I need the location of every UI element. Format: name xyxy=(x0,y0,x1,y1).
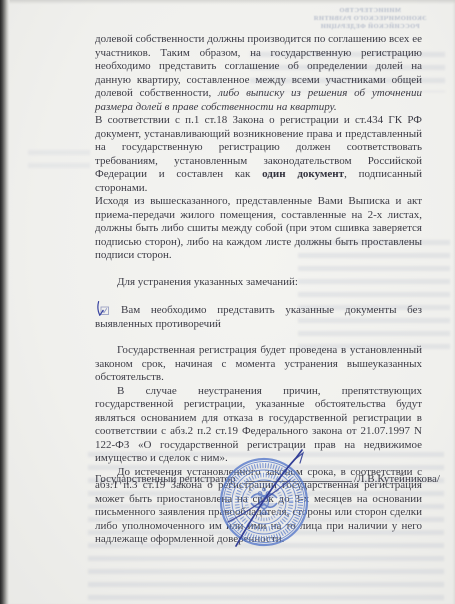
paragraph-stitching-requirement: Исходя из вышесказанного, представленные… xyxy=(95,195,422,263)
registrar-name: /Л.В.Кутейникова/ xyxy=(354,473,440,485)
bleed-through-line: МИНИСТЕРСТВО xyxy=(296,7,444,15)
bleed-through-header: МИНИСТЕРСТВО ЭКОНОМИЧЕСКОГО РАЗВИТИЯ РОС… xyxy=(296,7,444,31)
remedy-item: Вам необходимо представить указанные док… xyxy=(95,301,422,331)
paragraph-share-agreement: долевой собственности должны производитс… xyxy=(95,33,422,114)
scanned-document-page: МИНИСТЕРСТВО ЭКОНОМИЧЕСКОГО РАЗВИТИЯ РОС… xyxy=(0,0,455,604)
bleed-through-line: ЭКОНОМИЧЕСКОГО РАЗВИТИЯ xyxy=(296,15,444,23)
paragraph-law-requirements: В соответствии с п.1 ст.18 Закона о реги… xyxy=(95,114,422,195)
remedy-item-text: Вам необходимо представить указанные док… xyxy=(95,304,422,330)
handwritten-signature xyxy=(222,446,322,556)
scan-edge-shadow xyxy=(0,0,10,604)
remedy-heading: Для устранения указанных замечаний: xyxy=(95,276,422,290)
checkbox-icon xyxy=(95,301,111,316)
registrar-role-label: Государственный регистратор xyxy=(95,473,236,485)
bleed-through-text xyxy=(28,150,90,176)
paragraph-registration-term: Государственная регистрация будет провед… xyxy=(95,344,422,385)
paragraph-text-bold: один документ xyxy=(262,168,344,180)
bleed-through-line: РОССИЙСКОЙ ФЕДЕРАЦИИ xyxy=(296,23,444,31)
